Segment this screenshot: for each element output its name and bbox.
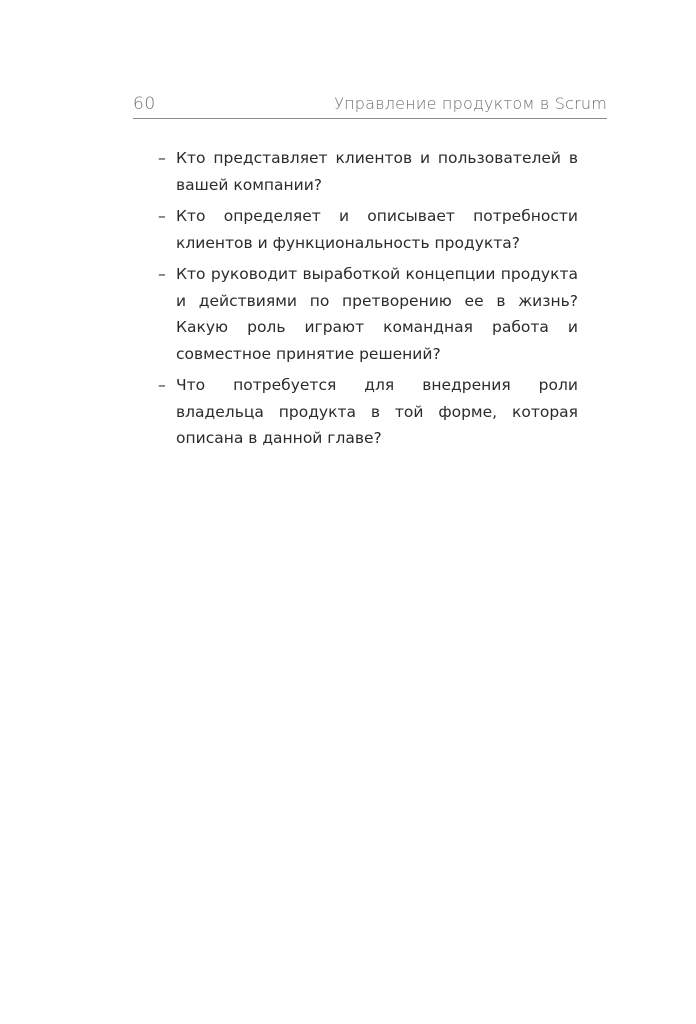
dash-bullet-icon: – [158,372,166,399]
question-text: Кто представляет клиентов и пользователе… [176,149,578,194]
dash-bullet-icon: – [158,261,166,288]
question-item: – Что потребуется для внедрения роли вла… [158,372,578,452]
question-item: – Кто представляет клиентов и пользовате… [158,145,578,198]
question-item: – Кто определяет и описывает потребности… [158,203,578,256]
running-head: 60 Управление продуктом в Scrum [133,94,607,119]
question-text: Кто руководит выработкой концепции проду… [176,265,578,363]
page-number: 60 [133,94,156,114]
question-item: – Кто руководит выработкой концепции про… [158,261,578,367]
dash-bullet-icon: – [158,203,166,230]
question-text: Кто определяет и описывает потребности к… [176,207,578,252]
question-text: Что потребуется для внедрения роли владе… [176,376,578,447]
question-list: – Кто представляет клиентов и пользовате… [158,145,578,457]
dash-bullet-icon: – [158,145,166,172]
book-title: Управление продуктом в Scrum [334,94,607,113]
